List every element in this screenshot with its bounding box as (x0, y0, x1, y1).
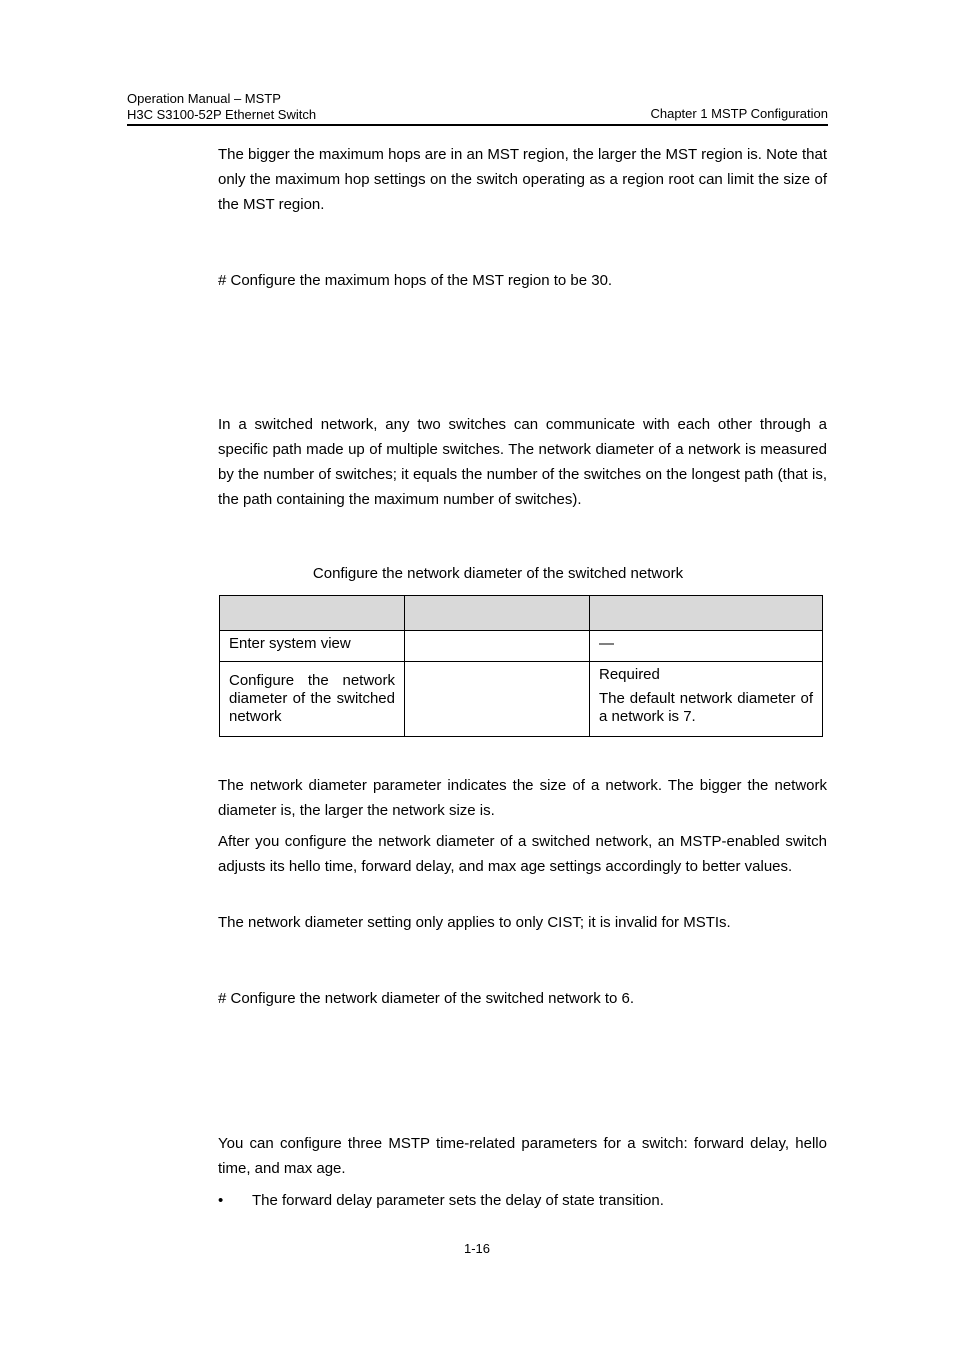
default-note: The default network diameter of a networ… (599, 690, 813, 726)
table-row: Configure the network diameter of the sw… (220, 662, 823, 737)
header-cell-operation (220, 596, 405, 631)
cell-operation: Configure the network diameter of the sw… (220, 662, 405, 737)
required-label: Required (599, 666, 813, 684)
header-cell-command (405, 596, 590, 631)
example-diameter: # Configure the network diameter of the … (218, 986, 827, 1011)
paragraph-time-params: You can configure three MSTP time-relate… (218, 1131, 827, 1181)
cell-command (405, 662, 590, 737)
table-row: Enter system view — (220, 631, 823, 662)
paragraph-diameter-adjust: After you configure the network diameter… (218, 829, 827, 879)
manual-title: Operation Manual – MSTP (127, 91, 828, 107)
example-max-hops: # Configure the maximum hops of the MST … (218, 268, 827, 293)
bullet-text: The forward delay parameter sets the del… (252, 1188, 664, 1213)
cell-operation: Enter system view (220, 631, 405, 662)
paragraph-max-hops: The bigger the maximum hops are in an MS… (218, 142, 827, 217)
table-caption: Configure the network diameter of the sw… (218, 565, 778, 582)
page-number: 1-16 (0, 1241, 954, 1256)
config-table: Enter system view — Configure the networ… (219, 595, 823, 737)
paragraph-diameter-size: The network diameter parameter indicates… (218, 773, 827, 823)
cell-command (405, 631, 590, 662)
chapter-title: Chapter 1 MSTP Configuration (650, 106, 828, 122)
header-cell-description (590, 596, 823, 631)
paragraph-diameter-cist: The network diameter setting only applie… (218, 910, 827, 935)
bullet-icon: • (218, 1188, 223, 1213)
paragraph-network-diameter: In a switched network, any two switches … (218, 412, 827, 512)
page-header: Operation Manual – MSTP H3C S3100-52P Et… (127, 91, 828, 126)
cell-description: Required The default network diameter of… (590, 662, 823, 737)
table-header-row (220, 596, 823, 631)
cell-description: — (590, 631, 823, 662)
